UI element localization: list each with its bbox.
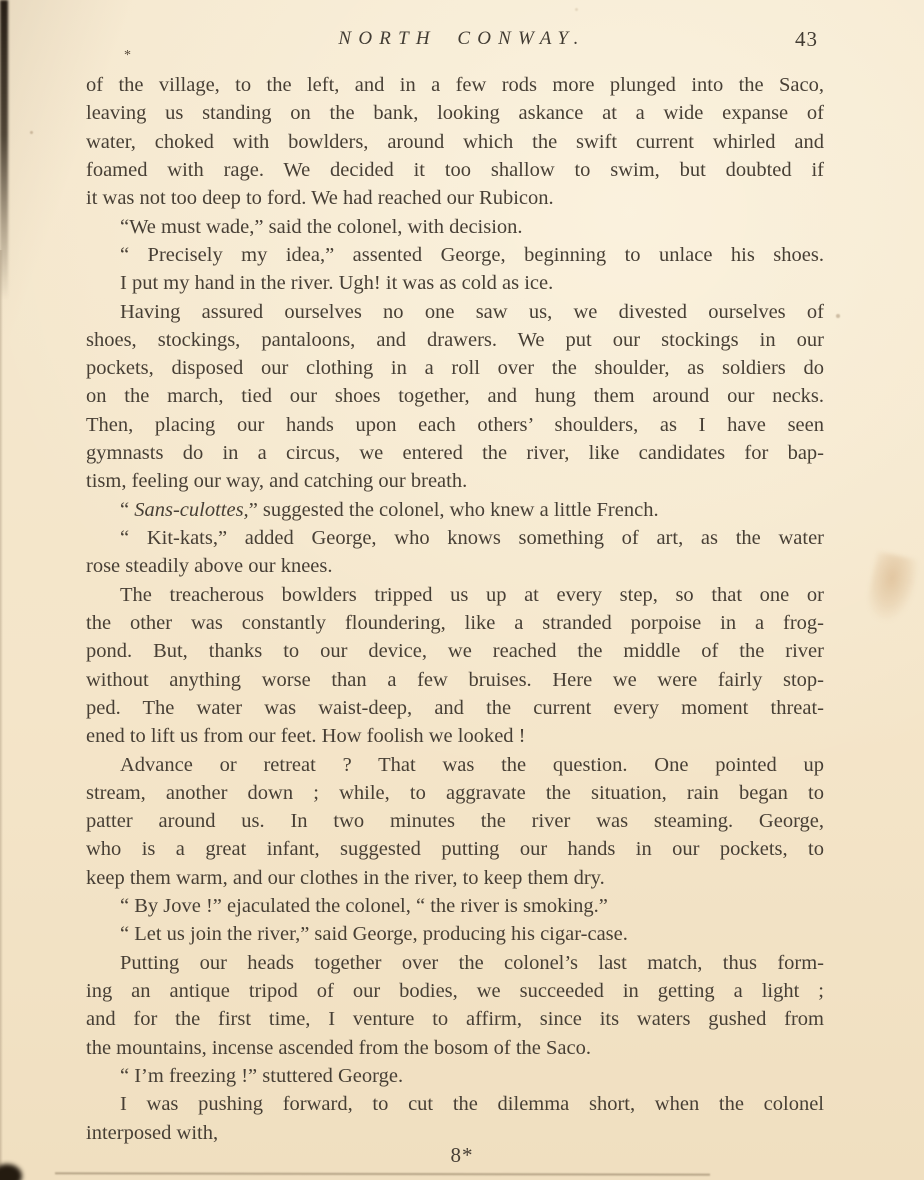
text-line: gymnasts do in a circus, we entered the … xyxy=(86,439,824,467)
text-line: of the village, to the left, and in a fe… xyxy=(86,71,824,99)
text-line: the other was constantly floundering, li… xyxy=(86,609,824,637)
text-line: “ I’m freezing !” stuttered George. xyxy=(86,1062,824,1090)
text-line: ing an antique tripod of our bodies, we … xyxy=(86,977,824,1005)
text-line: water, choked with bowlders, around whic… xyxy=(86,128,824,156)
running-head-title: NORTH CONWAY. xyxy=(0,28,924,50)
text-line: it was not too deep to ford. We had reac… xyxy=(86,184,824,212)
text-line: who is a great infant, suggested putting… xyxy=(86,835,824,863)
text-line: stream, another down ; while, to aggrava… xyxy=(86,779,824,807)
text-line: ped. The water was waist-deep, and the c… xyxy=(86,694,824,722)
text-line: without anything worse than a few bruise… xyxy=(86,666,824,694)
text-line: The treacherous bowlders tripped us up a… xyxy=(86,581,824,609)
text-line: and for the first time, I venture to aff… xyxy=(86,1005,824,1033)
text-line: “ Sans-culottes,” suggested the colonel,… xyxy=(86,496,824,524)
text-line: Putting our heads together over the colo… xyxy=(86,949,824,977)
text-line: patter around us. In two minutes the riv… xyxy=(86,807,824,835)
signature-mark: 8* xyxy=(0,1143,924,1168)
text-body: of the village, to the left, and in a fe… xyxy=(86,71,824,1147)
paper-speck xyxy=(30,131,33,134)
text-line: ened to lift us from our feet. How fooli… xyxy=(86,722,824,750)
text-line: “ Kit-kats,” added George, who knows som… xyxy=(86,524,824,552)
text-line: Then, placing our hands upon each others… xyxy=(86,411,824,439)
text-line: I put my hand in the river. Ugh! it was … xyxy=(86,269,824,297)
text-line: Advance or retreat ? That was the questi… xyxy=(86,751,824,779)
paper-speck xyxy=(836,314,840,318)
paper-stain xyxy=(864,551,921,625)
text-line: “ By Jove !” ejaculated the colonel, “ t… xyxy=(86,892,824,920)
text-line: foamed with rage. We decided it too shal… xyxy=(86,156,824,184)
text-line: pockets, disposed our clothing in a roll… xyxy=(86,354,824,382)
text-line: rose steadily above our knees. xyxy=(86,552,824,580)
text-line: “We must wade,” said the colonel, with d… xyxy=(86,213,824,241)
text-line: “ Let us join the river,” said George, p… xyxy=(86,920,824,948)
text-line: tism, feeling our way, and catching our … xyxy=(86,467,824,495)
text-line: leaving us standing on the bank, looking… xyxy=(86,99,824,127)
text-line: Having assured ourselves no one saw us, … xyxy=(86,298,824,326)
text-line: on the march, tied our shoes together, a… xyxy=(86,382,824,410)
scan-edge-faint-left xyxy=(0,250,3,1180)
text-line: shoes, stockings, pantaloons, and drawer… xyxy=(86,326,824,354)
note-mark: * xyxy=(124,48,131,64)
text-line: pond. But, thanks to our device, we reac… xyxy=(86,637,824,665)
book-page-scan: NORTH CONWAY. 43 * of the village, to th… xyxy=(0,0,924,1180)
text-line: the mountains, incense ascended from the… xyxy=(86,1034,824,1062)
text-line: “ Precisely my idea,” assented George, b… xyxy=(86,241,824,269)
paper-speck xyxy=(575,8,578,11)
text-line: keep them warm, and our clothes in the r… xyxy=(86,864,824,892)
page-number: 43 xyxy=(795,27,818,52)
text-line: I was pushing forward, to cut the dilemm… xyxy=(86,1090,824,1118)
scan-bottom-crease xyxy=(55,1172,710,1175)
